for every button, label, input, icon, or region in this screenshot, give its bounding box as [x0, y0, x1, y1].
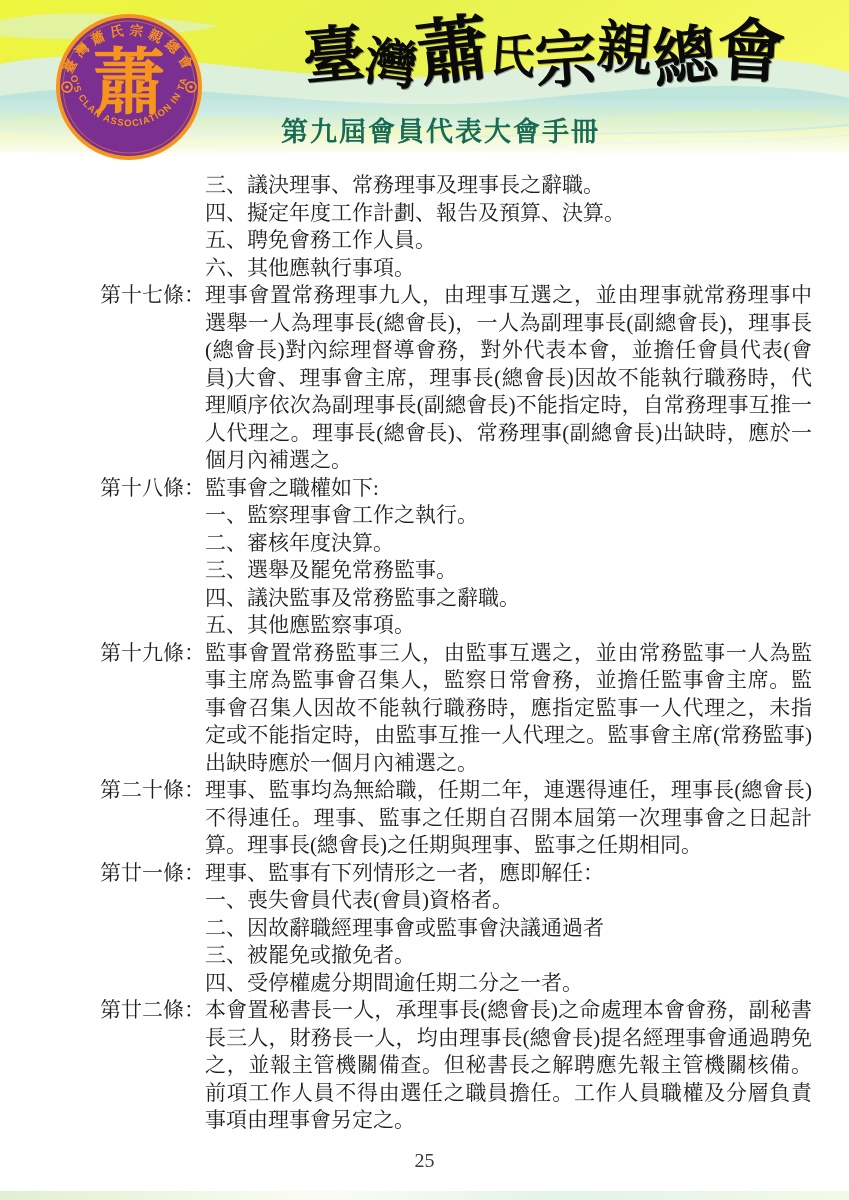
article-body: 理事會置常務理事九人，由理事互選之，並由理事就常務理事中選舉一人為理事長(總會長…	[205, 282, 812, 475]
article-item: 四、擬定年度工作計劃、報告及預算、決算。	[205, 200, 812, 228]
seal-center-glyph: 蕭	[93, 44, 165, 124]
article-item: 五、其他應監察事項。	[205, 612, 812, 640]
title-char: 宗	[533, 28, 599, 94]
article-item: 三、選舉及罷免常務監事。	[205, 557, 812, 585]
title-char: 臺	[300, 23, 367, 90]
article-text: 理事、監事均為無給職，任期二年，連選得連任，理事長(總會長)不得連任。理事、監事…	[205, 777, 812, 860]
article-item: 一、喪失會員代表(會員)資格者。	[205, 887, 812, 915]
article-item: 一、監察理事會工作之執行。	[205, 502, 812, 530]
article-body: 理事、監事有下列情形之一者，應即解任：一、喪失會員代表(會員)資格者。二、因故辭…	[205, 860, 812, 998]
article-row: 第十八條：監事會之職權如下:一、監察理事會工作之執行。二、審核年度決算。三、選舉…	[100, 475, 812, 640]
article-row: 第廿二條：本會置秘書長一人，承理事長(總會長)之命處理本會會務，副秘書長三人，財…	[100, 997, 812, 1135]
association-logo: 臺灣蕭氏宗親總會 HSIAO'S CLAN ASSOCIATION IN TAI…	[54, 12, 204, 162]
article-text: 監事會置常務監事三人，由監事互選之，並由常務監事一人為監事主席為監事會召集人，監…	[205, 640, 812, 778]
article-text: 本會置秘書長一人，承理事長(總會長)之命處理本會會務，副秘書長三人，財務長一人，…	[205, 997, 812, 1135]
article-item: 三、議決理事、常務理事及理事長之辭職。	[205, 172, 812, 200]
article-text: 監事會之職權如下:	[205, 475, 812, 503]
article-body: 監事會置常務監事三人，由監事互選之，並由常務監事一人為監事主席為監事會召集人，監…	[205, 640, 812, 778]
article-text: 理事會置常務理事九人，由理事互選之，並由理事就常務理事中選舉一人為理事長(總會長…	[205, 282, 812, 475]
title-char: 會	[715, 16, 786, 87]
page-number: 25	[0, 1150, 849, 1173]
article-body: 監事會之職權如下:一、監察理事會工作之執行。二、審核年度決算。三、選舉及罷免常務…	[205, 475, 812, 640]
article-item: 四、議決監事及常務監事之辭職。	[205, 585, 812, 613]
article-body: 理事、監事均為無給職，任期二年，連選得連任，理事長(總會長)不得連任。理事、監事…	[205, 777, 812, 860]
bottom-strip-decoration	[0, 1191, 849, 1200]
article-item: 二、審核年度決算。	[205, 530, 812, 558]
title-char: 總	[650, 23, 720, 93]
article-item: 六、其他應執行事項。	[205, 255, 812, 283]
article-item: 二、因故辭職經理事會或監事會決議通過者	[205, 915, 812, 943]
title-char: 灣	[362, 37, 420, 95]
article-label: 第十七條：	[100, 282, 205, 310]
title-char: 氏	[487, 32, 536, 81]
page-subtitle: 第九屆會員代表大會手冊	[281, 110, 581, 149]
article-label: 第二十條：	[100, 777, 205, 805]
article-row: 第廿一條：理事、監事有下列情形之一者，應即解任：一、喪失會員代表(會員)資格者。…	[100, 860, 812, 998]
article-row: 第二十條：理事、監事均為無給職，任期二年，連選得連任，理事長(總會長)不得連任。…	[100, 777, 812, 860]
article-label: 第十九條：	[100, 640, 205, 668]
article-row: 第十七條：理事會置常務理事九人，由理事互選之，並由理事就常務理事中選舉一人為理事…	[100, 282, 812, 475]
page: 臺灣蕭氏宗親總會 HSIAO'S CLAN ASSOCIATION IN TAI…	[0, 0, 849, 1200]
title-char: 親	[595, 20, 656, 81]
article-item: 三、被罷免或撤免者。	[205, 942, 812, 970]
article-label: 第十八條：	[100, 475, 205, 503]
article-body: 三、議決理事、常務理事及理事長之辭職。四、擬定年度工作計劃、報告及預算、決算。五…	[205, 172, 812, 282]
article-body: 本會置秘書長一人，承理事長(總會長)之命處理本會會務，副秘書長三人，財務長一人，…	[205, 997, 812, 1135]
seal-icon: 臺灣蕭氏宗親總會 HSIAO'S CLAN ASSOCIATION IN TAI…	[54, 12, 204, 162]
article-label: 第廿一條：	[100, 860, 205, 888]
article-row: 三、議決理事、常務理事及理事長之辭職。四、擬定年度工作計劃、報告及預算、決算。五…	[100, 172, 812, 282]
article-item: 五、聘免會務工作人員。	[205, 227, 812, 255]
document-body: 三、議決理事、常務理事及理事長之辭職。四、擬定年度工作計劃、報告及預算、決算。五…	[100, 172, 812, 1135]
article-text: 理事、監事有下列情形之一者，應即解任：	[205, 860, 812, 888]
page-title: 臺灣蕭氏宗親總會	[303, 16, 779, 120]
article-row: 第十九條：監事會置常務監事三人，由監事互選之，並由常務監事一人為監事主席為監事會…	[100, 640, 812, 778]
title-char: 蕭	[413, 12, 493, 92]
article-item: 四、受停權處分期間逾任期二分之一者。	[205, 970, 812, 998]
article-label: 第廿二條：	[100, 997, 205, 1025]
header-banner: 臺灣蕭氏宗親總會 HSIAO'S CLAN ASSOCIATION IN TAI…	[0, 0, 849, 170]
